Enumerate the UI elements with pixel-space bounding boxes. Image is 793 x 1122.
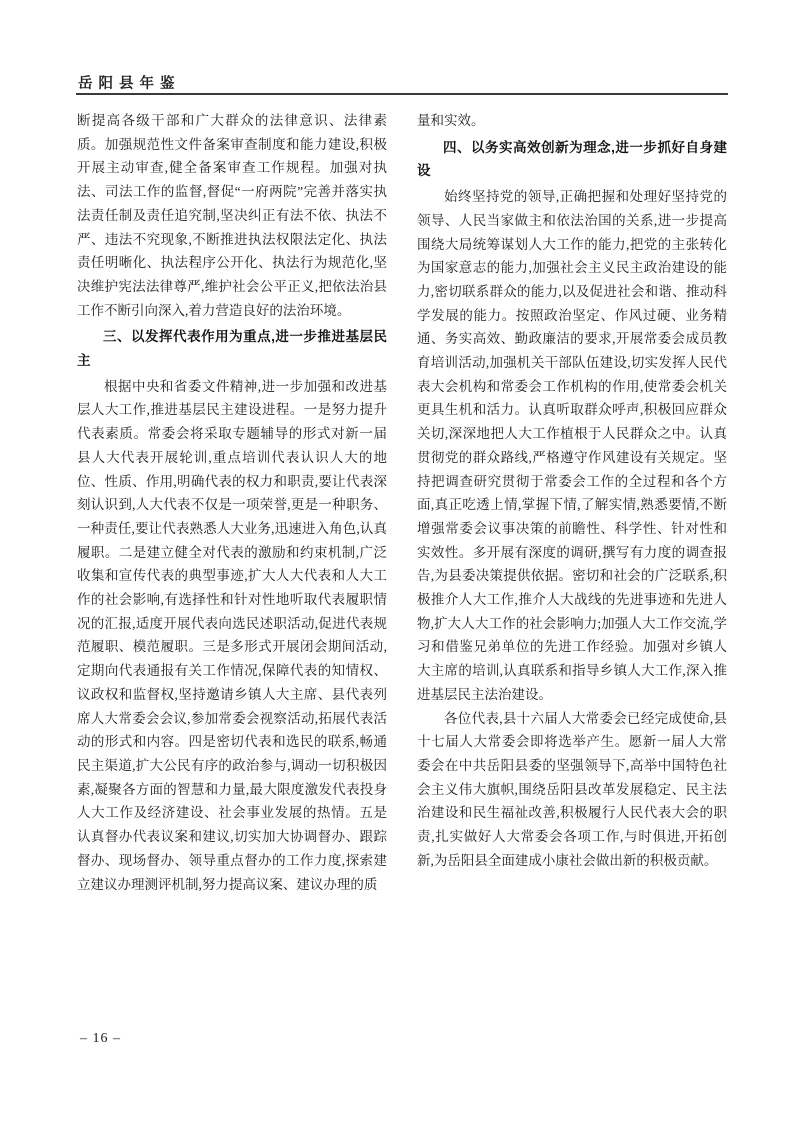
page-number: – 16 – xyxy=(80,1031,121,1047)
paragraph: 根据中央和省委文件精神,进一步加强和改进基层人大工作,推进基层民主建设进程。一是… xyxy=(77,375,387,896)
header-rule xyxy=(76,93,728,95)
paragraph-closing: 各位代表,县十六届人大常委会已经完成使命,县十七届人大常委会即将选举产生。愿新一… xyxy=(417,707,727,873)
running-head-title: 岳阳县年鉴 xyxy=(78,72,181,93)
paragraph: 始终坚持党的领导,正确把握和处理好坚持党的领导、人民当家做主和依法治国的关系,进… xyxy=(417,185,727,706)
section-heading-three: 三、以发挥代表作用为重点,进一步推进基层民主 xyxy=(77,325,387,372)
left-column: 断提高各级干部和广大群众的法律意识、法律素质。加强规范性文件备案审查制度和能力建… xyxy=(77,109,387,896)
content-columns: 断提高各级干部和广大群众的法律意识、法律素质。加强规范性文件备案审查制度和能力建… xyxy=(77,109,727,896)
paragraph-continuation: 量和实效。 xyxy=(417,109,727,133)
section-heading-four: 四、以务实高效创新为理念,进一步抓好自身建设 xyxy=(417,136,727,183)
paragraph-continuation: 断提高各级干部和广大群众的法律意识、法律素质。加强规范性文件备案审查制度和能力建… xyxy=(77,109,387,322)
right-column: 量和实效。 四、以务实高效创新为理念,进一步抓好自身建设 始终坚持党的领导,正确… xyxy=(417,109,727,896)
yearbook-document-page: 岳阳县年鉴 断提高各级干部和广大群众的法律意识、法律素质。加强规范性文件备案审查… xyxy=(0,0,793,1122)
